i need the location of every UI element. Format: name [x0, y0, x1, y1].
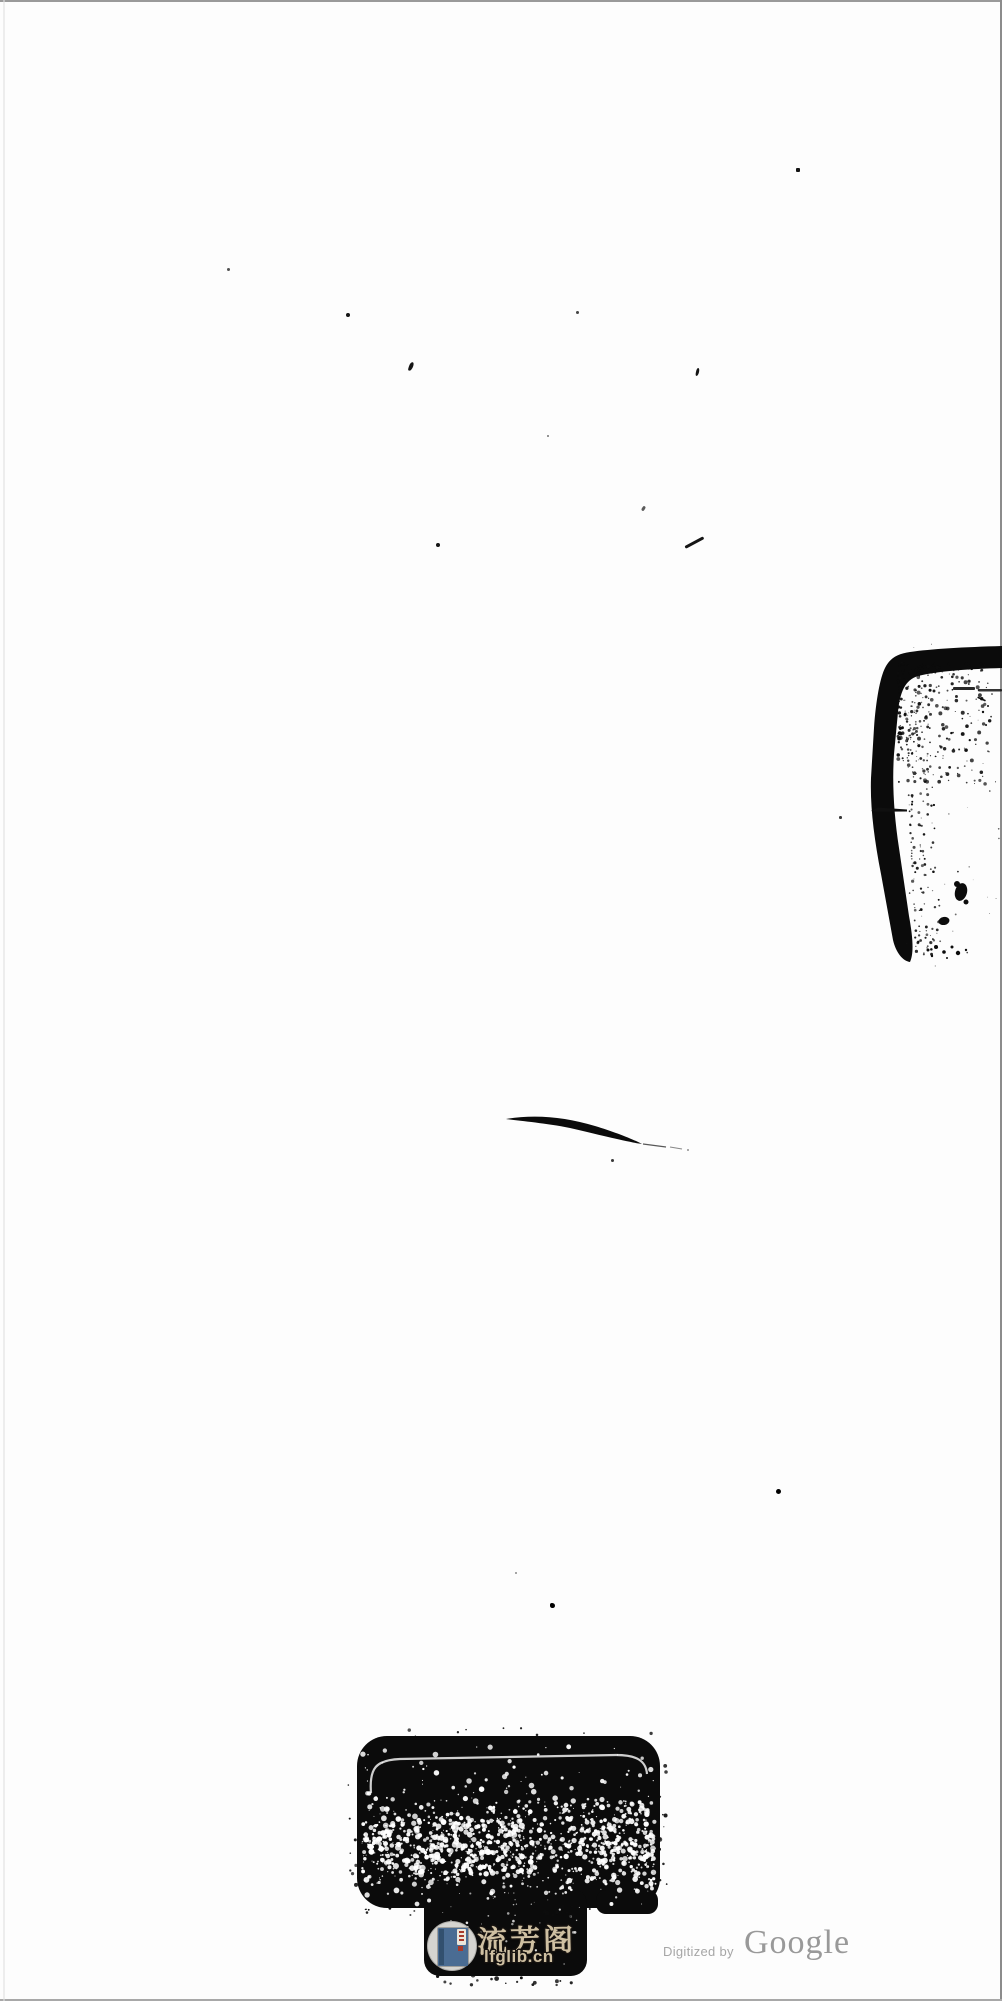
stamp-body-right-lobe: [596, 1890, 658, 1914]
page-border-top: [0, 0, 1002, 2]
label-mark: [459, 1935, 464, 1937]
book-title-label: [457, 1929, 466, 1945]
ink-slash-mark: [684, 536, 704, 548]
ink-speck: [346, 313, 350, 317]
ink-dot: [776, 1489, 781, 1494]
ink-speck: [547, 435, 549, 437]
ink-blot-top-right: [838, 598, 1002, 1012]
page-border-left: [3, 0, 5, 2001]
ink-speck: [227, 268, 230, 271]
book-stitch-edge: [439, 1929, 444, 1965]
ink-speckle-cluster: [927, 945, 968, 959]
ink-speck: [436, 543, 440, 547]
label-mark: [459, 1939, 464, 1941]
book-icon: [438, 1928, 468, 1966]
label-mark: [459, 1931, 464, 1933]
ink-comma-mark: [695, 368, 700, 376]
scanned-page: 流芳阁 lfglib.cn Digitized by Google: [0, 0, 1002, 2001]
book-seal: [458, 1946, 463, 1951]
ink-comma-mark: [408, 362, 415, 372]
ink-speck: [796, 168, 800, 172]
ink-blot-corner-shape: [871, 646, 1002, 962]
ink-stroke: [460, 1100, 720, 1180]
digitized-by-label: Digitized by: [663, 1944, 734, 1959]
ink-dot: [550, 1603, 555, 1608]
ink-speck: [576, 311, 579, 314]
ink-speck: [641, 506, 646, 512]
ink-speck: [515, 1572, 517, 1574]
watermark-badge: [427, 1921, 477, 1971]
watermark-site-url: lfglib.cn: [484, 1947, 554, 1967]
google-logo: Google: [744, 1924, 850, 1962]
